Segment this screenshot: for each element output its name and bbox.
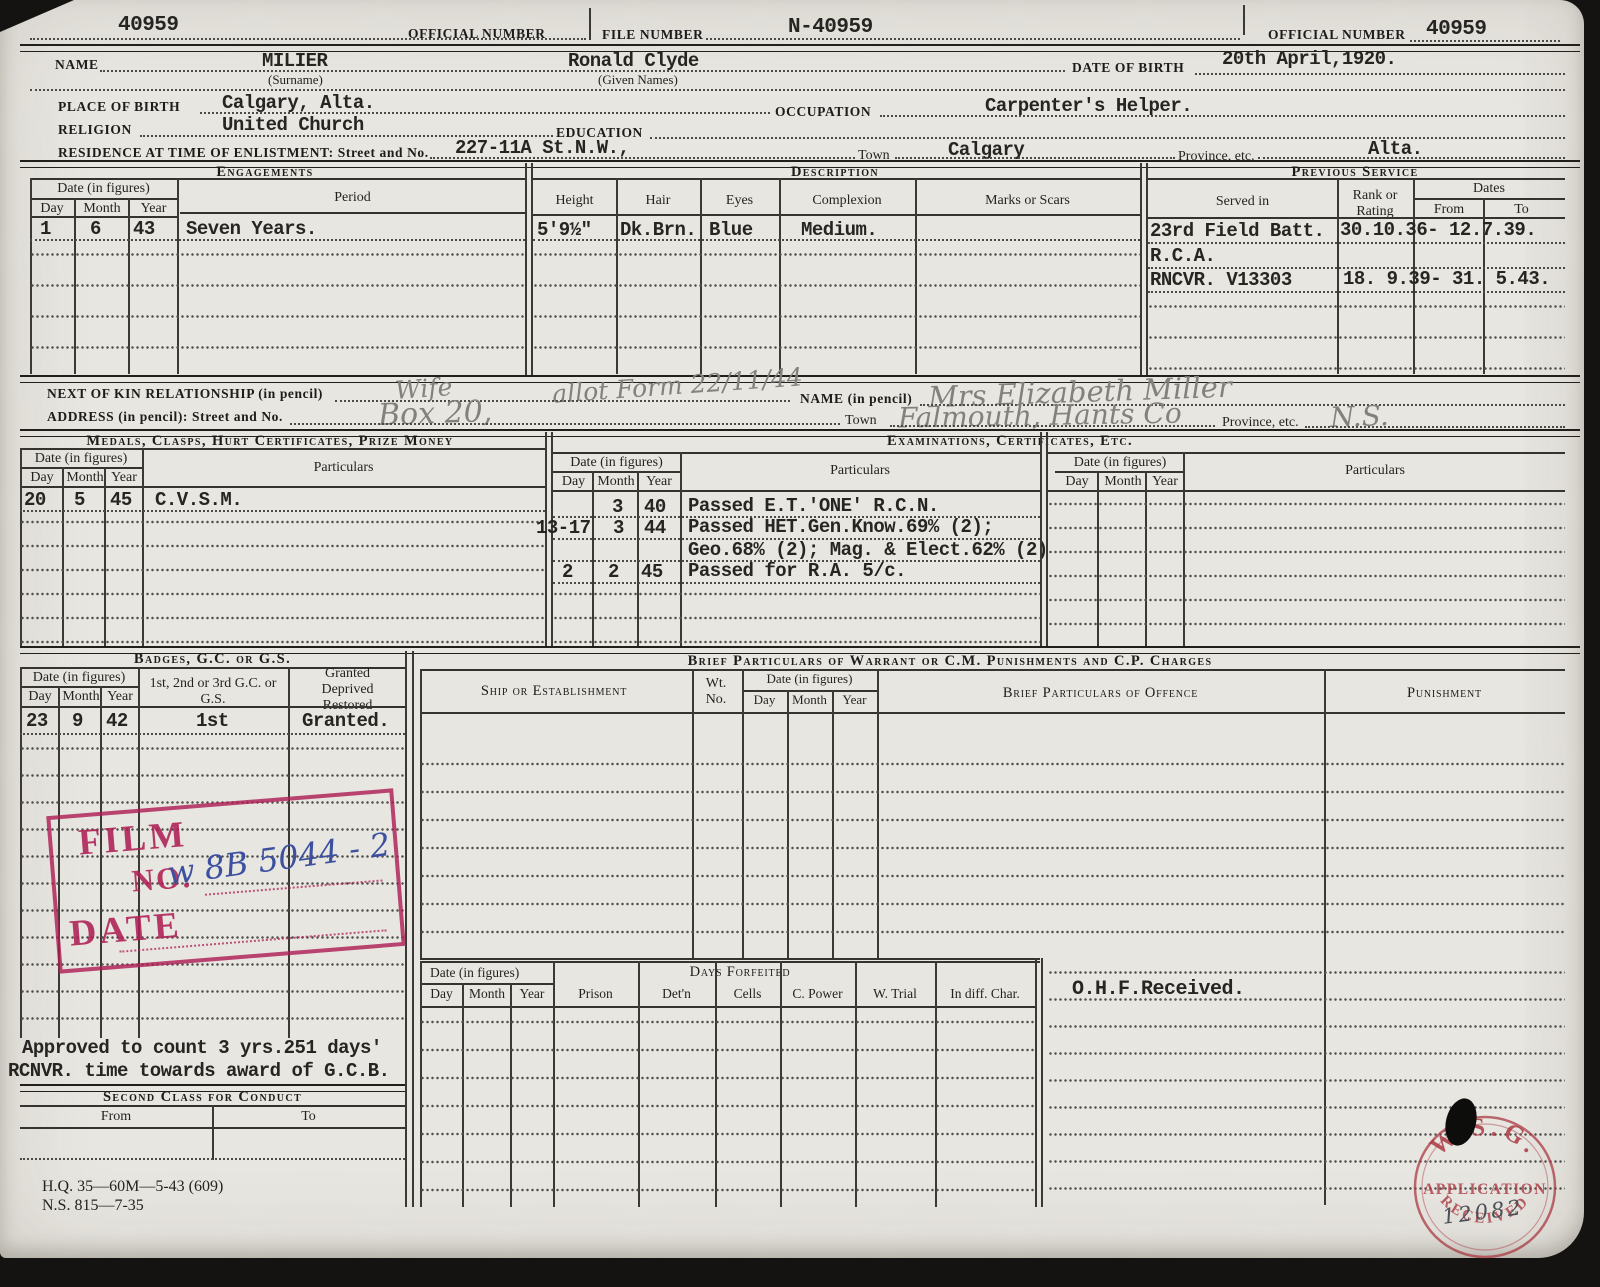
table-line <box>420 961 1040 963</box>
to-header: To <box>1483 202 1560 218</box>
height-value: 5'9½" <box>537 219 592 241</box>
rule-line <box>20 1158 405 1160</box>
exam-year-1: 40 <box>644 496 666 518</box>
religion-label: RELIGION <box>58 122 132 138</box>
surname-caption: (Surname) <box>268 72 323 88</box>
nok-relationship-label: NEXT OF KIN RELATIONSHIP (in pencil) <box>47 386 323 402</box>
rule-line <box>650 137 1565 139</box>
date-in-figures-header: Date (in figures) <box>742 672 877 687</box>
year-header: Year <box>130 201 177 217</box>
from-header: From <box>20 1109 212 1125</box>
rule-line <box>890 425 1215 427</box>
table-line <box>553 452 1040 454</box>
official-number-typed-right: 40959 <box>1426 18 1487 41</box>
wsg-stamp: W.S.G. APPLICATION RECEIVED 12082 <box>1410 1112 1560 1262</box>
rule-line <box>20 510 545 512</box>
month-header: Month <box>594 474 638 490</box>
month-header: Month <box>1099 474 1147 490</box>
table-line <box>533 214 1140 216</box>
exam-year-4: 45 <box>641 561 663 583</box>
rule-line <box>1148 242 1565 244</box>
table-line <box>420 1006 1035 1008</box>
complexion-value: Medium. <box>801 219 877 241</box>
served-in-row3: RNCVR. V13303 <box>1150 269 1292 291</box>
badge-gc-value: 1st <box>196 710 229 732</box>
badge-year: 42 <box>106 710 128 732</box>
occupation-label: OCCUPATION <box>775 104 871 120</box>
table-line <box>30 178 525 180</box>
badge-day: 23 <box>26 710 48 732</box>
badge-month: 9 <box>72 710 83 732</box>
official-number-label-right: OFFICIAL NUMBER <box>1268 27 1406 43</box>
exam-particulars-2: Passed HET.Gen.Know.69% (2); <box>688 516 993 538</box>
table-line <box>20 486 545 488</box>
divider-line <box>1243 5 1245 35</box>
exam-particulars-3: Geo.68% (2); Mag. & Elect.62% (2) <box>688 539 1048 561</box>
engagement-year: 43 <box>133 218 155 240</box>
wsg-stamp-graphic: W.S.G. APPLICATION RECEIVED <box>1410 1112 1560 1262</box>
medal-year: 45 <box>110 489 132 511</box>
year-header: Year <box>638 474 680 490</box>
prison-header: Prison <box>553 986 638 1002</box>
place-of-birth-value: Calgary, Alta. <box>222 92 375 114</box>
place-of-birth-label: PLACE OF BIRTH <box>58 99 180 115</box>
punishment-header: Punishment <box>1324 685 1565 702</box>
rule-line <box>290 423 840 425</box>
exam-month-2: 3 <box>613 517 624 539</box>
medal-month: 5 <box>74 489 85 511</box>
month-header: Month <box>60 689 102 705</box>
dates-row3: 18. 9.39- 31. 5.43. <box>1343 268 1550 290</box>
table-line <box>20 686 138 688</box>
official-number-label: OFFICIAL NUMBER <box>408 26 546 42</box>
table-line <box>30 198 177 200</box>
religion-value: United Church <box>222 114 364 136</box>
date-in-figures-header: Date (in figures) <box>430 965 519 981</box>
table-line <box>525 163 527 376</box>
table-line <box>1055 471 1183 473</box>
exam-day-2: 13-17 <box>536 517 591 539</box>
particulars-header: Particulars <box>1185 463 1565 479</box>
table-line <box>20 448 545 450</box>
gcb-note-line2: RCNVR. time towards award of G.C.B. <box>8 1060 390 1082</box>
to-header: To <box>212 1109 405 1125</box>
served-in-header: Served in <box>1148 194 1337 210</box>
exam-month-1: 3 <box>612 496 623 518</box>
year-header: Year <box>1147 474 1183 490</box>
table-line <box>1041 958 1043 1207</box>
dates-header: Dates <box>1415 181 1563 197</box>
medal-particulars: C.V.S.M. <box>155 489 242 511</box>
gc-header: 1st, 2nd or 3rd G.C. or G.S. <box>143 676 283 708</box>
empty-rows <box>420 1010 1035 1206</box>
gcb-note-line1: Approved to count 3 yrs.251 days' <box>22 1037 382 1059</box>
table-line <box>420 958 1040 960</box>
file-number-typed: N-40959 <box>788 16 873 39</box>
rule-line <box>1410 40 1560 42</box>
table-line <box>1040 432 1042 646</box>
day-header: Day <box>30 201 74 217</box>
scanned-service-record: 40959 OFFICIAL NUMBER FILE NUMBER N-4095… <box>0 0 1600 1287</box>
medal-day: 20 <box>24 489 46 511</box>
engagement-period: Seven Years. <box>186 218 317 240</box>
table-line <box>420 983 553 985</box>
divider-line <box>589 8 591 40</box>
particulars-header: Particulars <box>142 460 545 476</box>
empty-rows <box>533 244 1140 374</box>
rule-line <box>895 157 1175 159</box>
second-class-title: Second Class for Conduct <box>30 1089 375 1106</box>
served-in-row2: R.C.A. <box>1150 245 1215 267</box>
table-line <box>20 706 405 708</box>
dates-row1: 30.10.36- 12.7.39. <box>1340 219 1536 241</box>
rule-line <box>1258 157 1565 159</box>
month-header: Month <box>64 470 106 486</box>
wt-no-header: Wt. No. <box>692 676 740 708</box>
table-line <box>1048 490 1565 492</box>
table-line <box>405 651 407 1207</box>
eyes-value: Blue <box>709 219 753 241</box>
table-line <box>1415 198 1565 200</box>
detention-header: Det'n <box>638 986 715 1002</box>
hair-value: Dk.Brn. <box>620 219 696 241</box>
official-number-typed: 40959 <box>118 14 179 37</box>
rule-line <box>20 733 405 735</box>
date-in-figures-header: Date (in figures) <box>20 451 142 467</box>
engagement-month: 6 <box>90 218 101 240</box>
month-header: Month <box>76 201 128 217</box>
table-line <box>553 471 680 473</box>
exam-particulars-4: Passed for R.A. 5/c. <box>688 560 906 582</box>
day-header: Day <box>1055 474 1099 490</box>
rule-line <box>1305 426 1565 428</box>
year-header: Year <box>832 693 877 708</box>
table-line <box>20 467 142 469</box>
empty-rows <box>553 586 1040 646</box>
hair-header: Hair <box>616 193 700 209</box>
table-line <box>420 712 1565 714</box>
height-header: Height <box>533 193 616 209</box>
complexion-header: Complexion <box>779 193 915 209</box>
date-in-figures-header: Date (in figures) <box>30 181 177 197</box>
film-stamp: FILM NO. DATE w 8B 5044 - 2 <box>46 788 406 973</box>
month-header: Month <box>787 693 832 708</box>
empty-rows <box>20 514 545 646</box>
particulars-header: Particulars <box>680 463 1040 479</box>
rule-line <box>1148 291 1565 293</box>
warrant-title: Brief Particulars of Warrant or C.M. Pun… <box>600 653 1300 670</box>
table-line <box>1048 452 1565 454</box>
w-trial-header: W. Trial <box>855 986 935 1002</box>
ship-header: Ship or Establishment <box>420 683 688 700</box>
in-diff-char-header: In diff. Char. <box>935 986 1035 1002</box>
occupation-value: Carpenter's Helper. <box>985 95 1192 117</box>
table-line <box>180 212 525 214</box>
year-header: Year <box>102 689 138 705</box>
surname-value: MILIER <box>262 50 327 72</box>
year-header: Year <box>511 986 553 1002</box>
given-names-value: Ronald Clyde <box>568 50 699 72</box>
wsg-application-text: APPLICATION <box>1423 1181 1547 1198</box>
table-line <box>553 490 1040 492</box>
residence-value: 227-11A St.N.W., <box>455 137 629 159</box>
year-header: Year <box>106 470 142 486</box>
badge-granted-value: Granted. <box>302 710 389 732</box>
exam-particulars-1: Passed E.T.'ONE' R.C.N. <box>688 495 939 517</box>
empty-rows <box>30 244 525 374</box>
nok-address-label: ADDRESS (in pencil): Street and No. <box>47 409 283 425</box>
empty-rows <box>1048 496 1565 646</box>
day-header: Day <box>20 689 60 705</box>
rule-line <box>553 582 1040 584</box>
exam-day-4: 2 <box>562 561 573 583</box>
rule-line <box>1195 73 1565 75</box>
rule-line <box>30 89 1565 91</box>
nok-name-label: NAME (in pencil) <box>800 391 912 407</box>
table-line <box>1140 163 1142 376</box>
wsg-org-text: W.S.G. <box>1425 1114 1546 1162</box>
name-label: NAME <box>55 57 99 73</box>
empty-rows <box>1148 296 1565 374</box>
period-header: Period <box>180 190 525 206</box>
rule-line <box>430 157 855 159</box>
from-header: From <box>1415 202 1483 218</box>
month-header: Month <box>463 986 511 1002</box>
day-header: Day <box>553 474 594 490</box>
table-line <box>412 651 414 1207</box>
table-line <box>420 669 1565 671</box>
table-line <box>545 432 547 646</box>
date-in-figures-header: Date (in figures) <box>20 670 138 686</box>
day-header: Day <box>742 693 787 708</box>
form-ref-line2: N.S. 815—7-35 <box>42 1197 144 1215</box>
svg-text:W.S.G.: W.S.G. <box>1425 1114 1546 1162</box>
served-in-row1: 23rd Field Batt. <box>1150 220 1324 242</box>
table-line <box>212 1105 214 1160</box>
cells-header: Cells <box>715 986 780 1002</box>
rule-line <box>880 115 1565 117</box>
eyes-header: Eyes <box>700 193 779 209</box>
rule-line <box>533 239 1140 241</box>
file-number-label: FILE NUMBER <box>602 27 703 43</box>
date-in-figures-header: Date (in figures) <box>553 455 680 471</box>
residence-label: RESIDENCE AT TIME OF ENLISTMENT: Street … <box>58 145 429 161</box>
date-of-birth-value: 20th April,1920. <box>1222 48 1396 70</box>
table-line <box>1148 178 1565 180</box>
examinations-title: Examinations, Certificates, Etc. <box>790 433 1230 450</box>
day-header: Day <box>420 986 463 1002</box>
c-power-header: C. Power <box>780 986 855 1002</box>
date-of-birth-label: DATE OF BIRTH <box>1072 60 1184 76</box>
exam-year-2: 44 <box>644 517 666 539</box>
exam-month-4: 2 <box>608 561 619 583</box>
given-names-caption: (Given Names) <box>598 72 678 88</box>
nok-town-label: Town <box>845 413 877 429</box>
engagement-day: 1 <box>40 218 51 240</box>
rule-line <box>30 239 525 241</box>
day-header: Day <box>20 470 64 486</box>
table-line <box>1035 958 1037 1207</box>
date-in-figures-header: Date (in figures) <box>1055 455 1185 471</box>
offence-header: Brief Particulars of Offence <box>877 685 1324 702</box>
rule-line <box>706 38 1240 40</box>
table-line <box>533 178 1140 180</box>
days-forfeited-title: Days Forfeited <box>560 964 920 981</box>
empty-rows <box>420 752 1565 956</box>
nok-address-handwriting: Box 20, <box>377 394 492 433</box>
marks-header: Marks or Scars <box>915 193 1140 209</box>
rank-header: Rank or Rating <box>1337 188 1413 220</box>
form-ref-line1: H.Q. 35—60M—5-43 (609) <box>42 1178 223 1196</box>
